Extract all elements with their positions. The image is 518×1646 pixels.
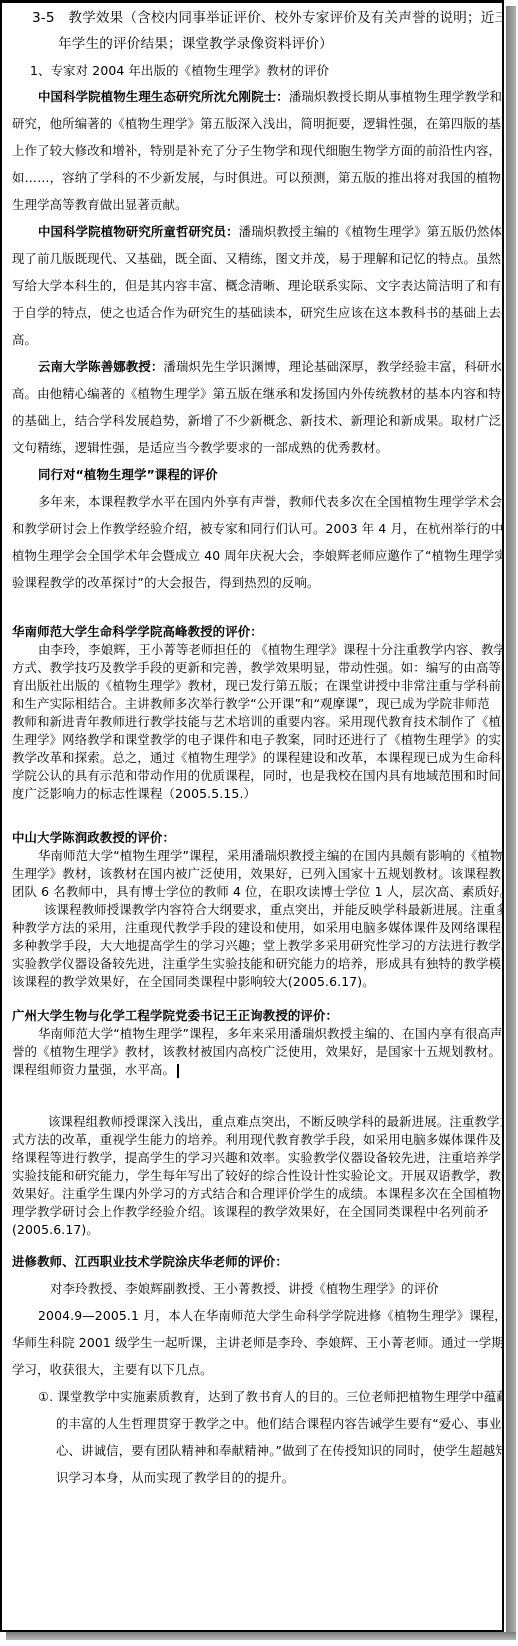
- tu-review-subtitle: 对李玲教授、李娘辉副教授、王小菁教授、讲授《植物生理学》的评价: [50, 1275, 494, 1302]
- expert-review-1-line: 研究，他所编著的《植物生理学》第五版深入浅出，简明扼要，逻辑性强，在第四版的基础: [12, 110, 494, 137]
- expert-review-2-line: 现了前几版既现代、又基础，既全面、又精练，图文并茂，易于理解和记忆的特点。虽然是: [12, 245, 494, 272]
- wang-review-line: 誉的《植物生理学》教材，该教材被国内高校广泛使用，效果好，是国家十五规划教材。该: [12, 1043, 494, 1061]
- section-heading-line1: 3-5 教学效果（含校内同事举证评价、校外专家评价及有关声誉的说明；近三: [32, 5, 494, 31]
- expert-review-1-line: 上作了较大修改和增补，特别是补充了分子生物学和现代细胞生物学方面的前沿性内容，例: [12, 137, 494, 164]
- tu-review-intro-line: 2004.9—2005.1 月，本人在华南师范大学生命科学学院进修《植物生理学》…: [38, 1302, 494, 1329]
- chen-review-line: 多种教学手段，大大地提高学生的学习兴趣；堂上教学多采用研究性学习的方法进行教学。: [12, 937, 494, 955]
- page-shadow-right: [506, 6, 516, 1640]
- gao-review-line: 教师和新进青年教师进行教学技能与艺术培训的重要内容。采用现代教育技术制作了《植物: [12, 713, 494, 731]
- chen-review-line: 实验教学仪器设备较先进，注重学生实验技能和研究能力的培养，形成具有独特的教学模式…: [12, 955, 494, 973]
- gao-review-line: 教学改革和探索。总之，通过《植物生理学》的课程建设和改革，本课程现已成为生命科学: [12, 749, 494, 767]
- gao-review-line: 和生产实际相结合。主讲教师多次举行教学“公开课”和“观摩课”，现已成为学院非师范: [12, 695, 494, 713]
- gao-review-line: 由李玲，李娘辉，王小菁等老师担任的 《植物生理学》课程十分注重教学内容、教学: [38, 641, 494, 659]
- section-heading-line2: 年学生的评价结果；课堂教学录像资料评价）: [58, 31, 494, 57]
- expert-review-2-line: 高。: [12, 326, 494, 353]
- page-shadow-bottom: [6, 1632, 516, 1640]
- wang-review-line: 实验技能和研究能力，学生每年写出了较好的综合性设计性实验论文。开展双语教学，教学: [12, 1167, 494, 1185]
- chen-review-line: 种教学方法的采用，注重现代教学手段的建设和使用，如采用电脑多媒体课件及网络课程等: [12, 919, 494, 937]
- tu-review-intro-line: 学习，收获很大，主要有以下几点。: [12, 1356, 494, 1383]
- peer-review-heading: 同行对“植物生理学”课程的评价: [38, 461, 494, 488]
- chen-review-heading: 中山大学陈润政教授的评价：: [12, 829, 494, 847]
- expert-review-1-line: 如……，容纳了学科的不少新发展，与时俱进。可以预测，第五版的推出将对我国的植物: [12, 164, 494, 191]
- wang-review-line: 该课程组教师授课深入浅出，重点难点突出，不断反映学科的最新进展。注重教学方: [48, 1113, 494, 1131]
- gao-review-line: 生理学》网络教学和课堂教学的电子课件和电子教案，同时还进行了《植物生理学》的实验: [12, 731, 494, 749]
- gao-review-line: 方式、教学技巧及教学手段的更新和完善，教学效果明显，带动性强。如：编写的由高等教: [12, 659, 494, 677]
- chen-review-line: 该课程的教学效果好，在全国同类课程中影响较大(2005.6.17)。: [12, 973, 494, 991]
- text-cursor: [177, 1064, 179, 1078]
- wang-review-line: 课程组师资力量强，水平高。: [12, 1061, 494, 1079]
- expert-review-3-line: 高。由他精心编著的《植物生理学》第五版在继承和发扬国内外传统教材的基本内容和特色: [12, 380, 494, 407]
- chen-review-line: 生理学》教材，该教材在国内被广泛使用，效果好，已列入国家十五规划教材。该课程教学: [12, 865, 494, 883]
- expert-review-2-line-1: 中国科学院植物研究所童哲研究员：潘瑞炽教授主编的《植物生理学》第五版仍然体: [38, 218, 494, 245]
- gao-review-line: 度广泛影响力的标志性课程（2005.5.15.）: [12, 785, 494, 803]
- chen-review-line: 该课程教师授课教学内容符合大纲要求，重点突出，并能反映学科最新进展。注重多: [44, 901, 494, 919]
- tu-point-1: ①. 课堂教学中实施素质教育，达到了教书育人的目的。三位老师把植物生理学中蕴藏: [38, 1383, 494, 1410]
- subsection-expert-title: 1、专家对 2004 年出版的《植物生理学》教材的评价: [30, 57, 494, 84]
- wang-review-line: 效果好。注重学生课内外学习的方式结合和合理评价学生的成绩。本课程多次在全国植物生: [12, 1185, 494, 1203]
- peer-review-line: 多年来，本课程教学水平在国内外享有声誉，教师代表多次在全国植物生理学学术会议: [38, 488, 494, 515]
- tu-point-1-line: 心、讲诚信，要有团队精神和奉献精神。”做到了在传授知识的同时，使学生超越知: [56, 1437, 494, 1464]
- tu-point-1-line: 的丰富的人生哲理贯穿于教学之中。他们结合课程内容告诫学生要有“爱心、事业: [56, 1410, 494, 1437]
- wang-review-line: 式方法的改革，重视学生能力的培养。利用现代教育教学手段，如采用电脑多媒体课件及网: [12, 1131, 494, 1149]
- tu-review-intro-line: 华师生科院 2001 级学生一起听课，主讲老师是李玲、李娘辉、王小菁老师。通过一…: [12, 1329, 494, 1356]
- gao-review-line: 育出版社出版的《植物生理学》教材，现已发行第五版；在课堂讲授中非常注重与学科前沿: [12, 677, 494, 695]
- document-page[interactable]: 3-5 教学效果（含校内同事举证评价、校外专家评价及有关声誉的说明；近三 年学生…: [0, 0, 504, 1632]
- wang-review-line: (2005.6.17)。: [12, 1221, 494, 1239]
- peer-review-line: 和教学研讨会上作教学经验介绍，被专家和同行们认可。2003 年 4 月，在杭州举…: [12, 515, 494, 542]
- wang-review-line: 络课程等进行教学，提高学生的学习兴趣和效率。实验教学仪器设备较先进，注重培养学生: [12, 1149, 494, 1167]
- tu-review-heading: 进修教师、江西职业技术学院涂庆华老师的评价：: [12, 1248, 494, 1275]
- wang-review-heading: 广州大学生物与化学工程学院党委书记王正询教授的评价：: [12, 1007, 494, 1025]
- gao-review-line: 学院公认的具有示范和带动作用的优质课程，同时，也是我校在国内具有地域范围和时间跨: [12, 767, 494, 785]
- expert-review-2-author: 中国科学院植物研究所童哲研究员：: [38, 224, 239, 239]
- expert-review-3-line: 的基础上，结合学科发展趋势，新增了不少新概念、新技术、新理论和新成果。取材广泛，: [12, 407, 494, 434]
- chen-review-line: 团队 6 名教师中，具有博士学位的教师 4 位，在职攻读博士学位 1 人，层次高…: [12, 883, 494, 901]
- expert-review-3-author: 云南大学陈善娜教授：: [38, 359, 163, 374]
- chen-review-line: 华南师范大学“植物生理学”课程，采用潘瑞炽教授主编的在国内具颇有影响的《植物: [38, 847, 494, 865]
- gao-review-heading: 华南师范大学生命科学学院高峰教授的评价：: [12, 623, 494, 641]
- expert-review-1-author: 中国科学院植物生理生态研究所沈允刚院士：: [38, 89, 289, 104]
- expert-review-2-line: 于自学的特点，使之也适合作为研究生的基础读本，研究生应该在这本教科书的基础上去提: [12, 299, 494, 326]
- wang-review-line: 华南师范大学“植物生理学”课程，多年来采用潘瑞炽教授主编的、在国内享有很高声: [38, 1025, 494, 1043]
- expert-review-1-line-1: 中国科学院植物生理生态研究所沈允刚院士：潘瑞炽教授长期从事植物生理学教学和: [38, 83, 494, 110]
- expert-review-1-line: 生理学高等教育做出显著贡献。: [12, 191, 494, 218]
- tu-point-1-line: 识学习本身，从而实现了教学目的的提升。: [56, 1464, 494, 1491]
- peer-review-line: 植物生理学会全国学术年会暨成立 40 周年庆祝大会，李娘辉老师应邀作了“植物生理…: [12, 542, 494, 569]
- expert-review-2-line: 写给大学本科生的，但是其内容丰富、概念清晰、理论联系实际、文字表达简洁明了和有利: [12, 272, 494, 299]
- expert-review-3-line-1: 云南大学陈善娜教授：潘瑞炽先生学识渊博，理论基础深厚，教学经验丰富，科研水平: [38, 353, 494, 380]
- expert-review-3-line: 文句精练，逻辑性强，是适应当今教学要求的一部成熟的优秀教材。: [12, 434, 494, 461]
- wang-review-line: 理学教学研讨会上作教学经验介绍。该课程的教学效果好，在全国同类课程中名列前矛: [12, 1203, 494, 1221]
- peer-review-line: 验课程教学的改革探讨”的大会报告，得到热烈的反响。: [12, 569, 494, 596]
